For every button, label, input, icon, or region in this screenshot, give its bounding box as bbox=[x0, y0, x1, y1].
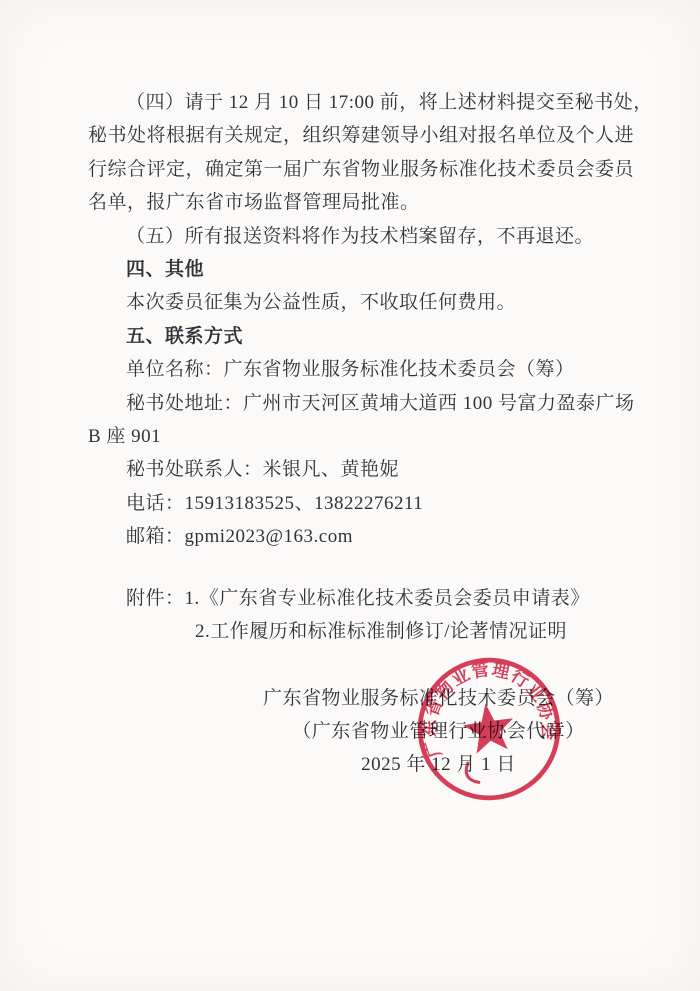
text-line: 行综合评定，确定第一届广东省物业服务标准化技术委员会委员 bbox=[88, 153, 614, 186]
scanned-document-page: （四）请于 12 月 10 日 17:00 前，将上述材料提交至秘书处，秘书处将… bbox=[0, 0, 700, 991]
signature-line: （广东省物业管理行业协会代章） bbox=[263, 715, 614, 748]
text-line: 五、联系方式 bbox=[88, 320, 614, 353]
body-paragraphs: （四）请于 12 月 10 日 17:00 前，将上述材料提交至秘书处，秘书处将… bbox=[88, 86, 614, 554]
document-content: （四）请于 12 月 10 日 17:00 前，将上述材料提交至秘书处，秘书处将… bbox=[88, 86, 614, 782]
attachment-line: 附件：1.《广东省专业标准化技术委员会委员申请表》 bbox=[88, 582, 614, 615]
attachments-block: 附件：1.《广东省专业标准化技术委员会委员申请表》2.工作履历和标准标准制修订/… bbox=[88, 582, 614, 649]
signature-line: 广东省物业服务标准化技术委员会（筹） bbox=[263, 682, 614, 715]
text-line: 名单，报广东省市场监督管理局批准。 bbox=[88, 186, 614, 219]
text-line: 单位名称：广东省物业服务标准化技术委员会（筹） bbox=[88, 353, 614, 386]
text-line: （五）所有报送资料将作为技术档案留存，不再退还。 bbox=[88, 220, 614, 253]
text-line: 电话：15913183525、13822276211 bbox=[88, 487, 614, 520]
text-line: B 座 901 bbox=[88, 420, 614, 453]
text-line: 邮箱：gpmi2023@163.com bbox=[88, 520, 614, 553]
text-line: 四、其他 bbox=[88, 253, 614, 286]
text-line: 秘书处将根据有关规定，组织筹建领导小组对报名单位及个人进 bbox=[88, 119, 614, 152]
signature-line: 2025 年 12 月 1 日 bbox=[263, 748, 614, 781]
text-line: 秘书处地址：广州市天河区黄埔大道西 100 号富力盈泰广场 bbox=[88, 387, 614, 420]
text-line: （四）请于 12 月 10 日 17:00 前，将上述材料提交至秘书处， bbox=[88, 86, 614, 119]
text-line: 本次委员征集为公益性质，不收取任何费用。 bbox=[88, 286, 614, 319]
signature-block: 广东省物业服务标准化技术委员会（筹）（广东省物业管理行业协会代章）2025 年 … bbox=[263, 682, 614, 782]
attachment-line: 2.工作履历和标准标准制修订/论著情况证明 bbox=[88, 615, 614, 648]
text-line: 秘书处联系人：米银凡、黄艳妮 bbox=[88, 453, 614, 486]
